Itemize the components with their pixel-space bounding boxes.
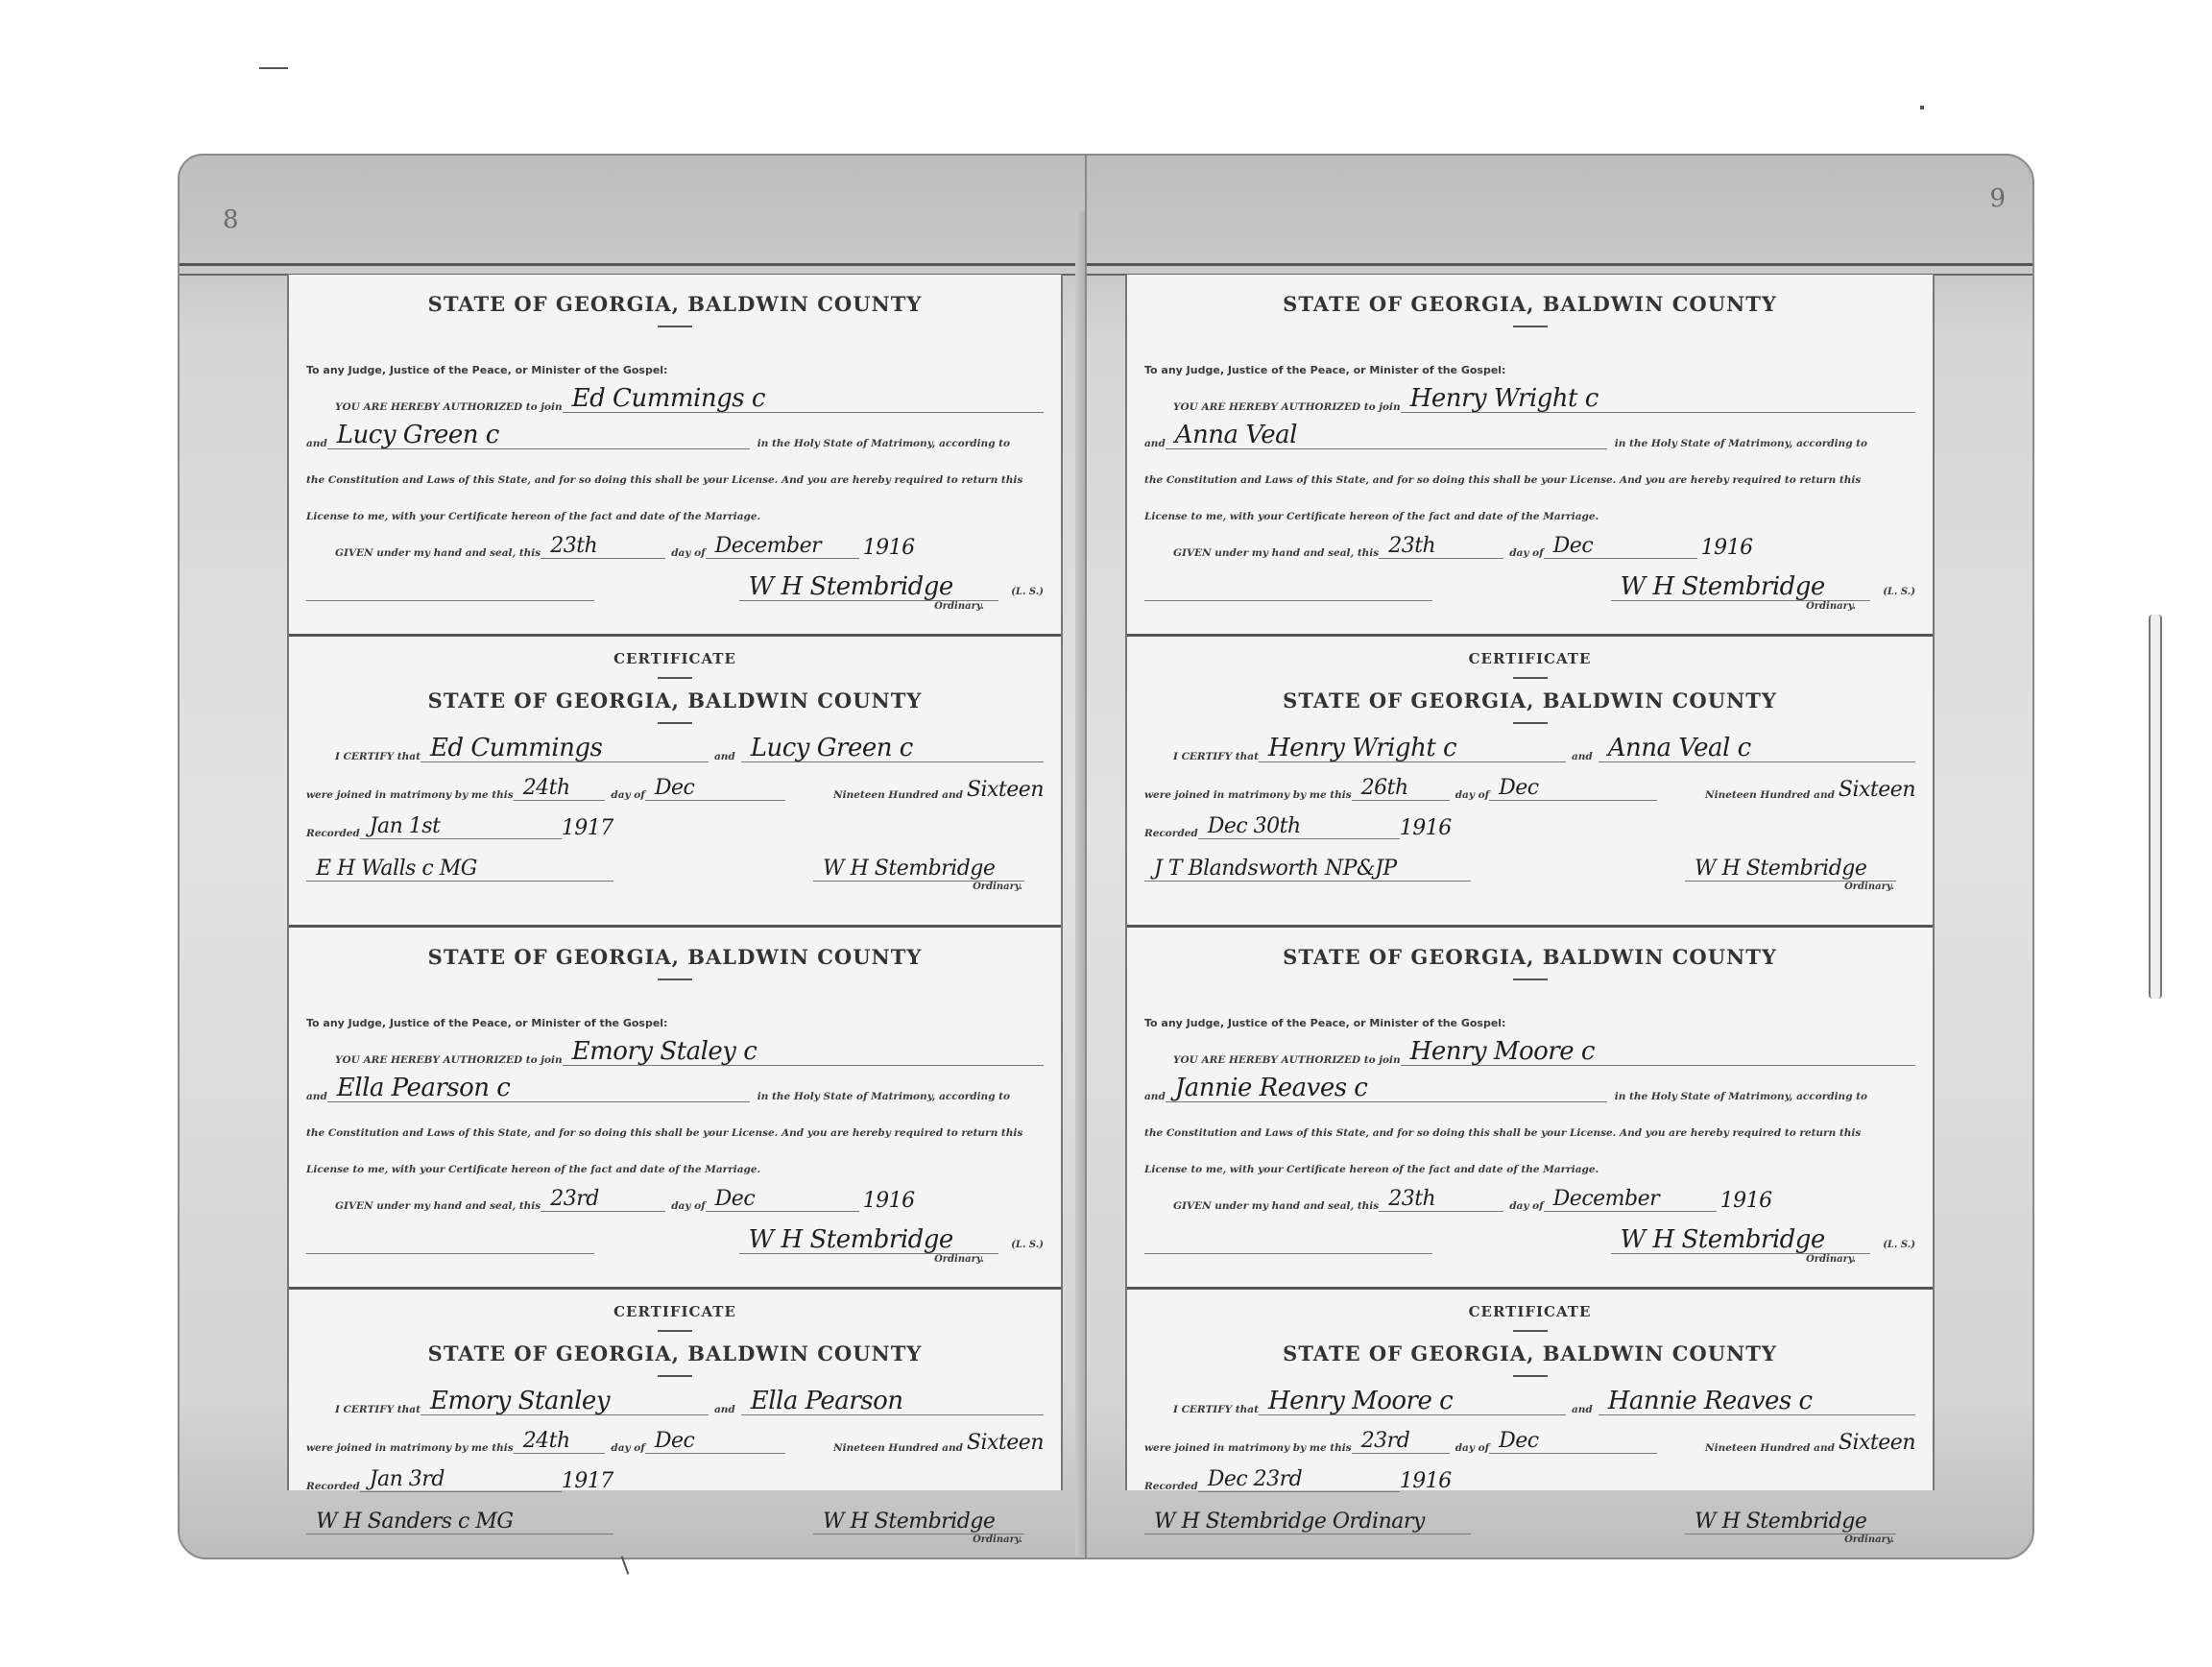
cert-bride-field: Anna Veal c xyxy=(1599,736,1915,762)
certify-label: I CERTIFY that xyxy=(335,751,421,762)
joined-label: were joined in matrimony by me this xyxy=(1144,1442,1352,1454)
given-day-field: 23th xyxy=(1379,1189,1503,1212)
blank-line xyxy=(306,581,594,601)
given-month: Dec xyxy=(1553,536,1593,557)
cert-bride: Ella Pearson xyxy=(751,1389,903,1413)
and-label: and xyxy=(306,438,327,449)
bride-row: and Jannie Reaves c in the Holy State of… xyxy=(1127,1066,1933,1102)
divider xyxy=(658,677,692,679)
groom-name: Henry Wright c xyxy=(1410,386,1599,411)
officiant: J T Blandsworth NP&JP xyxy=(1154,858,1397,880)
and-label: and xyxy=(1144,1091,1166,1102)
certify-label: I CERTIFY that xyxy=(335,1404,421,1415)
seal-label: (L. S.) xyxy=(1011,1240,1044,1250)
recorded-date-field: Jan 3rd xyxy=(360,1469,562,1492)
day-of-label: day of xyxy=(671,1200,705,1212)
given-day: 23th xyxy=(1388,1189,1435,1210)
authorized-row: YOU ARE HEREBY AUTHORIZED to join Henry … xyxy=(1127,376,1933,413)
certify-row: I CERTIFY that Henry Wright c and Anna V… xyxy=(1127,724,1933,762)
bride-field: Ella Pearson c xyxy=(327,1075,750,1102)
certificate-heading: CERTIFICATE xyxy=(1127,650,1933,667)
recorded-date-field: Dec 30th xyxy=(1198,816,1400,839)
cert-bride-field: Lucy Green c xyxy=(741,736,1044,762)
ordinary-label: Ordinary. xyxy=(1127,1254,1933,1265)
cert-month: Dec xyxy=(1499,778,1538,799)
year-written: Sixteen xyxy=(1839,780,1915,801)
day-of-label: day of xyxy=(1509,1200,1543,1212)
given-label: GIVEN under my hand and seal, this xyxy=(335,547,541,559)
given-day-field: 23th xyxy=(1379,536,1503,559)
return-row: License to me, with your Certificate her… xyxy=(1127,1139,1933,1175)
and-label: and xyxy=(1572,751,1593,762)
divider xyxy=(1513,677,1548,679)
and-label: and xyxy=(714,1404,735,1415)
cert-groom-field: Henry Moore c xyxy=(1259,1389,1566,1415)
officiant: W H Sanders c MG xyxy=(316,1511,513,1533)
divider xyxy=(1513,326,1548,327)
joined-label: were joined in matrimony by me this xyxy=(1144,789,1352,801)
recorded-label: Recorded xyxy=(306,828,360,839)
salutation: To any Judge, Justice of the Peace, or M… xyxy=(306,364,1061,376)
recorded-year: 1917 xyxy=(562,1471,613,1492)
and-label: and xyxy=(714,751,735,762)
cert-day: 24th xyxy=(523,778,570,799)
return-row: License to me, with your Certificate her… xyxy=(1127,486,1933,522)
joined-row: were joined in matrimony by me this 24th… xyxy=(289,1415,1061,1454)
signature-block: W H Stembridge (L. S.) xyxy=(1611,574,1915,601)
day-of-label: day of xyxy=(1509,547,1543,559)
given-day: 23rd xyxy=(550,1189,599,1210)
bride-name: Lucy Green c xyxy=(337,423,499,447)
given-month: December xyxy=(715,536,821,557)
cert-day-field: 24th xyxy=(514,1431,606,1454)
recorded-year: 1916 xyxy=(1400,818,1452,839)
joined-row: were joined in matrimony by me this 23rd… xyxy=(1127,1415,1933,1454)
form-area: STATE OF GEORGIA, BALDWIN COUNTY To any … xyxy=(1125,275,1935,1490)
license-section: STATE OF GEORGIA, BALDWIN COUNTY To any … xyxy=(289,945,1061,1290)
cert-day-field: 26th xyxy=(1352,778,1450,801)
license-title: STATE OF GEORGIA, BALDWIN COUNTY xyxy=(289,292,1061,316)
signature-field: W H Stembridge xyxy=(1611,1227,1870,1254)
cert-signature: W H Stembridge xyxy=(823,1511,995,1533)
signature-row: W H Stembridge (L. S.) xyxy=(289,1212,1061,1254)
cert-groom-field: Emory Stanley xyxy=(421,1389,709,1415)
cert-bride-field: Ella Pearson xyxy=(741,1389,1044,1415)
certificate-title: STATE OF GEORGIA, BALDWIN COUNTY xyxy=(289,1341,1061,1365)
certificate-heading: CERTIFICATE xyxy=(1127,1303,1933,1320)
ordinary-signature: W H Stembridge xyxy=(749,574,953,599)
signature-row: W H Stembridge (L. S.) xyxy=(1127,559,1933,601)
cert-bride-field: Hannie Reaves c xyxy=(1599,1389,1915,1415)
cert-bride: Hannie Reaves c xyxy=(1608,1389,1813,1413)
recorded-row: Recorded Dec 23rd 1916 xyxy=(1127,1454,1933,1492)
signature-row: W H Stembridge (L. S.) xyxy=(1127,1212,1933,1254)
holy-state-text: in the Holy State of Matrimony, accordin… xyxy=(757,1091,1010,1102)
salutation: To any Judge, Justice of the Peace, or M… xyxy=(1144,364,1933,376)
recorded-date: Dec 30th xyxy=(1208,816,1301,837)
cert-day: 24th xyxy=(523,1431,570,1452)
bride-field: Lucy Green c xyxy=(327,423,750,449)
cert-signature: W H Stembridge xyxy=(1695,1511,1866,1533)
given-month-field: Dec xyxy=(706,1189,859,1212)
certificate-heading: CERTIFICATE xyxy=(289,1303,1061,1320)
groom-field: Ed Cummings c xyxy=(563,386,1044,413)
authorized-label: YOU ARE HEREBY AUTHORIZED to join xyxy=(1173,1054,1401,1066)
ordinary-label: Ordinary. xyxy=(289,1534,1061,1545)
authorized-label: YOU ARE HEREBY AUTHORIZED to join xyxy=(335,1054,563,1066)
cert-month-field: Dec xyxy=(1489,1431,1657,1454)
recorded-row: Recorded Jan 3rd 1917 xyxy=(289,1454,1061,1492)
recorded-row: Recorded Dec 30th 1916 xyxy=(1127,801,1933,839)
year-label: Nineteen Hundred and xyxy=(1705,789,1835,801)
divider xyxy=(658,1330,692,1332)
signature-field: W H Stembridge xyxy=(1611,574,1870,601)
given-label: GIVEN under my hand and seal, this xyxy=(335,1200,541,1212)
page-number: 8 xyxy=(223,205,239,234)
certificate-title: STATE OF GEORGIA, BALDWIN COUNTY xyxy=(289,689,1061,713)
holy-state-text: in the Holy State of Matrimony, accordin… xyxy=(1615,1091,1867,1102)
joined-row: were joined in matrimony by me this 24th… xyxy=(289,762,1061,801)
ordinary-label: Ordinary. xyxy=(1127,601,1933,612)
constitution-text: the Constitution and Laws of this State,… xyxy=(306,474,1022,486)
bride-name: Jannie Reaves c xyxy=(1175,1075,1368,1100)
certify-label: I CERTIFY that xyxy=(1173,751,1259,762)
right-page: 9 STATE OF GEORGIA, BALDWIN COUNTY To an… xyxy=(1085,154,2034,1559)
given-day: 23th xyxy=(1388,536,1435,557)
recorded-date-field: Dec 23rd xyxy=(1198,1469,1400,1492)
bride-field: Jannie Reaves c xyxy=(1166,1075,1607,1102)
officiant-field: E H Walls c MG xyxy=(306,858,613,882)
given-day-field: 23th xyxy=(541,536,665,559)
cert-groom-field: Ed Cummings xyxy=(421,736,709,762)
given-month-field: December xyxy=(1544,1189,1717,1212)
and-label: and xyxy=(1144,438,1166,449)
cert-month-field: Dec xyxy=(1489,778,1657,801)
year-written: Sixteen xyxy=(1839,1433,1915,1454)
ordinary-signature: W H Stembridge xyxy=(1621,1227,1825,1252)
ordinary-label: Ordinary. xyxy=(1127,1534,1933,1545)
recorded-label: Recorded xyxy=(1144,828,1198,839)
officiant-row: E H Walls c MG W H Stembridge xyxy=(289,839,1061,882)
cert-signature-field: W H Stembridge xyxy=(813,1511,1024,1534)
certificate-section: CERTIFICATE STATE OF GEORGIA, BALDWIN CO… xyxy=(1127,1303,1933,1578)
signature-block: W H Stembridge (L. S.) xyxy=(739,1227,1044,1254)
constitution-row: the Constitution and Laws of this State,… xyxy=(289,449,1061,486)
ordinary-signature: W H Stembridge xyxy=(1621,574,1825,599)
year-label: Nineteen Hundred and xyxy=(833,1442,963,1454)
cert-groom: Henry Moore c xyxy=(1268,1389,1453,1413)
given-row: GIVEN under my hand and seal, this 23th … xyxy=(289,522,1061,559)
blank-line xyxy=(1144,581,1432,601)
certify-row: I CERTIFY that Henry Moore c and Hannie … xyxy=(1127,1377,1933,1415)
groom-name: Emory Staley c xyxy=(572,1039,757,1064)
joined-label: were joined in matrimony by me this xyxy=(306,1442,514,1454)
license-title: STATE OF GEORGIA, BALDWIN COUNTY xyxy=(1127,945,1933,969)
scan-artifact-strip xyxy=(2149,615,2162,999)
cert-groom: Henry Wright c xyxy=(1268,736,1456,761)
license-section: STATE OF GEORGIA, BALDWIN COUNTY To any … xyxy=(289,292,1061,637)
groom-field: Emory Staley c xyxy=(563,1039,1044,1066)
and-label: and xyxy=(306,1091,327,1102)
cert-month-field: Dec xyxy=(645,1431,785,1454)
given-row: GIVEN under my hand and seal, this 23th … xyxy=(1127,522,1933,559)
recorded-row: Recorded Jan 1st 1917 xyxy=(289,801,1061,839)
license-return-text: License to me, with your Certificate her… xyxy=(1144,511,1599,522)
officiant-row: W H Sanders c MG W H Stembridge xyxy=(289,1492,1061,1534)
salutation: To any Judge, Justice of the Peace, or M… xyxy=(306,1017,1061,1029)
certificate-title: STATE OF GEORGIA, BALDWIN COUNTY xyxy=(1127,1341,1933,1365)
day-of-label: day of xyxy=(611,789,644,801)
signature-block: W H Stembridge (L. S.) xyxy=(739,574,1044,601)
cert-month: Dec xyxy=(655,1431,694,1452)
joined-label: were joined in matrimony by me this xyxy=(306,789,514,801)
cert-signature-field: W H Stembridge xyxy=(813,858,1024,882)
officiant-field: W H Sanders c MG xyxy=(306,1511,613,1534)
bride-row: and Anna Veal in the Holy State of Matri… xyxy=(1127,413,1933,449)
cert-signature: W H Stembridge xyxy=(1695,858,1866,880)
given-month: Dec xyxy=(715,1189,755,1210)
officiant-row: W H Stembridge Ordinary W H Stembridge xyxy=(1127,1492,1933,1534)
holy-state-text: in the Holy State of Matrimony, accordin… xyxy=(757,438,1010,449)
cert-day: 26th xyxy=(1361,778,1408,799)
cert-month: Dec xyxy=(655,778,694,799)
officiant: W H Stembridge Ordinary xyxy=(1154,1511,1425,1533)
certificate-heading: CERTIFICATE xyxy=(289,650,1061,667)
constitution-text: the Constitution and Laws of this State,… xyxy=(306,1127,1022,1139)
constitution-row: the Constitution and Laws of this State,… xyxy=(1127,1102,1933,1139)
certificate-section: CERTIFICATE STATE OF GEORGIA, BALDWIN CO… xyxy=(289,650,1061,928)
given-month-field: December xyxy=(706,536,859,559)
given-day: 23th xyxy=(550,536,597,557)
bride-row: and Ella Pearson c in the Holy State of … xyxy=(289,1066,1061,1102)
scan-speck xyxy=(1920,106,1924,109)
given-year: 1916 xyxy=(1701,538,1753,559)
day-of-label: day of xyxy=(671,547,705,559)
authorized-label: YOU ARE HEREBY AUTHORIZED to join xyxy=(335,401,563,413)
seal-label: (L. S.) xyxy=(1011,587,1044,597)
cert-groom-field: Henry Wright c xyxy=(1259,736,1566,762)
certificate-section: CERTIFICATE STATE OF GEORGIA, BALDWIN CO… xyxy=(1127,650,1933,928)
groom-field: Henry Moore c xyxy=(1401,1039,1915,1066)
license-return-text: License to me, with your Certificate her… xyxy=(306,511,760,522)
divider xyxy=(1513,1330,1548,1332)
divider xyxy=(1513,978,1548,980)
authorized-row: YOU ARE HEREBY AUTHORIZED to join Ed Cum… xyxy=(289,376,1061,413)
day-of-label: day of xyxy=(1455,789,1489,801)
certificate-title: STATE OF GEORGIA, BALDWIN COUNTY xyxy=(1127,689,1933,713)
bride-field: Anna Veal xyxy=(1166,423,1607,449)
officiant-field: W H Stembridge Ordinary xyxy=(1144,1511,1471,1534)
groom-name: Henry Moore c xyxy=(1410,1039,1595,1064)
license-title: STATE OF GEORGIA, BALDWIN COUNTY xyxy=(1127,292,1933,316)
and-label: and xyxy=(1572,1404,1593,1415)
license-section: STATE OF GEORGIA, BALDWIN COUNTY To any … xyxy=(1127,945,1933,1290)
cert-signature-field: W H Stembridge xyxy=(1685,858,1896,882)
cert-groom: Ed Cummings xyxy=(430,736,602,761)
ordinary-label: Ordinary. xyxy=(1127,882,1933,892)
recorded-date: Dec 23rd xyxy=(1208,1469,1303,1490)
cert-month-field: Dec xyxy=(645,778,785,801)
return-row: License to me, with your Certificate her… xyxy=(289,486,1061,522)
divider xyxy=(658,978,692,980)
bride-name: Anna Veal xyxy=(1175,423,1297,447)
recorded-year: 1917 xyxy=(562,818,613,839)
constitution-row: the Constitution and Laws of this State,… xyxy=(1127,449,1933,486)
signature-field: W H Stembridge xyxy=(739,574,998,601)
blank-line xyxy=(1144,1234,1432,1254)
license-title: STATE OF GEORGIA, BALDWIN COUNTY xyxy=(289,945,1061,969)
recorded-date: Jan 1st xyxy=(370,816,441,837)
given-day-field: 23rd xyxy=(541,1189,665,1212)
groom-name: Ed Cummings c xyxy=(572,386,765,411)
given-label: GIVEN under my hand and seal, this xyxy=(1173,1200,1379,1212)
cert-day: 23rd xyxy=(1361,1431,1410,1452)
seal-label: (L. S.) xyxy=(1883,587,1915,597)
license-return-text: License to me, with your Certificate her… xyxy=(1144,1164,1599,1175)
register-book: 8 STATE OF GEORGIA, BALDWIN COUNTY To an… xyxy=(178,154,2031,1556)
cert-month: Dec xyxy=(1499,1431,1538,1452)
constitution-row: the Constitution and Laws of this State,… xyxy=(289,1102,1061,1139)
year-written: Sixteen xyxy=(967,780,1044,801)
form-area: STATE OF GEORGIA, BALDWIN COUNTY To any … xyxy=(287,275,1063,1490)
cert-day-field: 23rd xyxy=(1352,1431,1450,1454)
given-year: 1916 xyxy=(1720,1191,1772,1212)
cert-bride: Anna Veal c xyxy=(1608,736,1751,761)
cert-day-field: 24th xyxy=(514,778,606,801)
year-written: Sixteen xyxy=(967,1433,1044,1454)
recorded-year: 1916 xyxy=(1400,1471,1452,1492)
scan-speck xyxy=(259,67,288,69)
license-return-text: License to me, with your Certificate her… xyxy=(306,1164,760,1175)
constitution-text: the Constitution and Laws of this State,… xyxy=(1144,1127,1861,1139)
blank-line xyxy=(306,1234,594,1254)
cert-bride: Lucy Green c xyxy=(751,736,913,761)
license-section: STATE OF GEORGIA, BALDWIN COUNTY To any … xyxy=(1127,292,1933,637)
signature-block: W H Stembridge (L. S.) xyxy=(1611,1227,1915,1254)
groom-field: Henry Wright c xyxy=(1401,386,1915,413)
authorized-label: YOU ARE HEREBY AUTHORIZED to join xyxy=(1173,401,1401,413)
seal-label: (L. S.) xyxy=(1883,1240,1915,1250)
left-page: 8 STATE OF GEORGIA, BALDWIN COUNTY To an… xyxy=(178,154,1103,1559)
ordinary-label: Ordinary. xyxy=(289,601,1061,612)
day-of-label: day of xyxy=(1455,1442,1489,1454)
certify-label: I CERTIFY that xyxy=(1173,1404,1259,1415)
return-row: License to me, with your Certificate her… xyxy=(289,1139,1061,1175)
given-row: GIVEN under my hand and seal, this 23rd … xyxy=(289,1175,1061,1212)
ordinary-signature: W H Stembridge xyxy=(749,1227,953,1252)
officiant-field: J T Blandsworth NP&JP xyxy=(1144,858,1471,882)
divider xyxy=(658,326,692,327)
certify-row: I CERTIFY that Emory Stanley and Ella Pe… xyxy=(289,1377,1061,1415)
authorized-row: YOU ARE HEREBY AUTHORIZED to join Emory … xyxy=(289,1029,1061,1066)
joined-row: were joined in matrimony by me this 26th… xyxy=(1127,762,1933,801)
bride-name: Ella Pearson c xyxy=(337,1075,511,1100)
day-of-label: day of xyxy=(611,1442,644,1454)
bride-row: and Lucy Green c in the Holy State of Ma… xyxy=(289,413,1061,449)
ordinary-label: Ordinary. xyxy=(289,1254,1061,1265)
certificate-section: CERTIFICATE STATE OF GEORGIA, BALDWIN CO… xyxy=(289,1303,1061,1578)
holy-state-text: in the Holy State of Matrimony, accordin… xyxy=(1615,438,1867,449)
given-month-field: Dec xyxy=(1544,536,1697,559)
signature-field: W H Stembridge xyxy=(739,1227,998,1254)
given-row: GIVEN under my hand and seal, this 23th … xyxy=(1127,1175,1933,1212)
officiant-row: J T Blandsworth NP&JP W H Stembridge xyxy=(1127,839,1933,882)
year-label: Nineteen Hundred and xyxy=(833,789,963,801)
recorded-date-field: Jan 1st xyxy=(360,816,562,839)
given-year: 1916 xyxy=(863,1191,915,1212)
signature-row: W H Stembridge (L. S.) xyxy=(289,559,1061,601)
given-year: 1916 xyxy=(863,538,915,559)
salutation: To any Judge, Justice of the Peace, or M… xyxy=(1144,1017,1933,1029)
cert-signature-field: W H Stembridge xyxy=(1685,1511,1896,1534)
given-label: GIVEN under my hand and seal, this xyxy=(1173,547,1379,559)
constitution-text: the Constitution and Laws of this State,… xyxy=(1144,474,1861,486)
cert-groom: Emory Stanley xyxy=(430,1389,610,1413)
recorded-date: Jan 3rd xyxy=(370,1469,445,1490)
authorized-row: YOU ARE HEREBY AUTHORIZED to join Henry … xyxy=(1127,1029,1933,1066)
recorded-label: Recorded xyxy=(306,1481,360,1492)
recorded-label: Recorded xyxy=(1144,1481,1198,1492)
ordinary-label: Ordinary. xyxy=(289,882,1061,892)
year-label: Nineteen Hundred and xyxy=(1705,1442,1835,1454)
page-number: 9 xyxy=(1989,184,2006,213)
given-month: December xyxy=(1553,1189,1659,1210)
cert-signature: W H Stembridge xyxy=(823,858,995,880)
certify-row: I CERTIFY that Ed Cummings and Lucy Gree… xyxy=(289,724,1061,762)
officiant: E H Walls c MG xyxy=(316,858,477,880)
